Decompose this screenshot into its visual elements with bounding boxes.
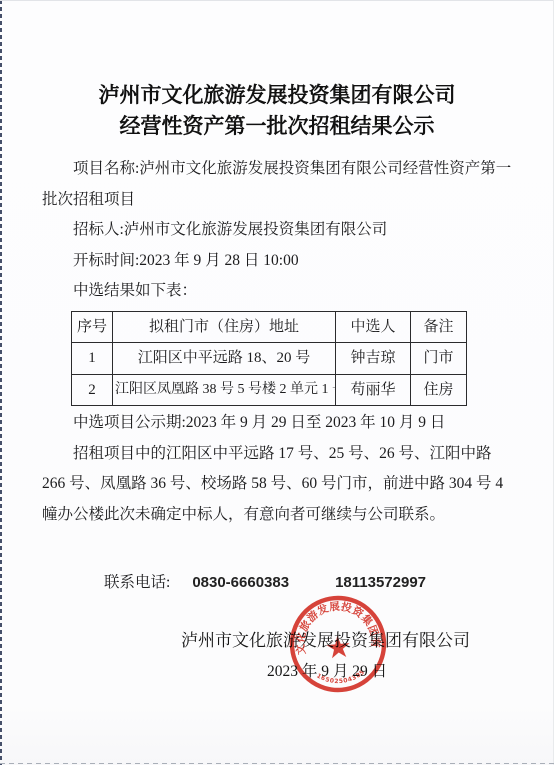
contact-phone-1: 0830-6660383	[192, 574, 289, 591]
paragraph-remaining-properties: 招租项目中的江阳区中平远路 17 号、25 号、26 号、江阳中路 266 号、…	[42, 439, 516, 531]
result-table: 序号 拟租门市（住房）地址 中选人 备注 1 江阳区中平远路 18、20 号 钟…	[71, 311, 467, 407]
table-header-row: 序号 拟租门市（住房）地址 中选人 备注	[72, 311, 467, 343]
scan-edge-bottom	[0, 763, 554, 764]
scan-edge-top	[0, 0, 554, 1]
paragraph-tenderer: 招标人:泸州市文化旅游发展投资集团有限公司	[42, 215, 516, 246]
header-address: 拟租门市（住房）地址	[113, 311, 336, 343]
cell-remark: 住房	[411, 374, 467, 406]
seal-star-icon: ★	[323, 629, 353, 666]
header-winner: 中选人	[336, 311, 411, 343]
title-line-1: 泸州市文化旅游发展投资集团有限公司	[0, 80, 554, 111]
title-line-2: 经营性资产第一批次招租结果公示	[0, 111, 554, 142]
cell-winner: 钟吉琼	[336, 343, 411, 375]
cell-seq-no: 1	[72, 343, 113, 375]
table-row: 1 江阳区中平远路 18、20 号 钟吉琼 门市	[72, 343, 467, 375]
cell-address: 江阳区中平远路 18、20 号	[113, 343, 336, 375]
cell-seq-no: 2	[72, 374, 113, 406]
paragraph-bid-opening-time: 开标时间:2023 年 9 月 28 日 10:00	[42, 246, 516, 277]
paragraph-project-name: 项目名称:泸州市文化旅游发展投资集团有限公司经营性资产第一批次招租项目	[42, 154, 516, 215]
document-body: 项目名称:泸州市文化旅游发展投资集团有限公司经营性资产第一批次招租项目 招标人:…	[42, 154, 516, 530]
scanned-document-page: 泸州市文化旅游发展投资集团有限公司 经营性资产第一批次招租结果公示 项目名称:泸…	[0, 0, 554, 765]
contact-label: 联系电话:	[104, 570, 170, 592]
cell-remark: 门市	[411, 343, 467, 375]
cell-address: 江阳区凤凰路 38 号 5 号楼 2 单元 1 号	[113, 374, 336, 406]
table-row: 2 江阳区凤凰路 38 号 5 号楼 2 单元 1 号 苟丽华 住房	[72, 374, 467, 406]
header-remark: 备注	[411, 311, 467, 343]
document-title: 泸州市文化旅游发展投资集团有限公司 经营性资产第一批次招租结果公示	[0, 80, 554, 142]
official-seal: 泸州市文化旅游发展投资集团有限公司 ★ 5165025043851	[284, 589, 393, 699]
paragraph-publicity-period: 中选项目公示期:2023 年 9 月 29 日至 2023 年 10 月 9 日	[42, 408, 516, 439]
cell-winner: 苟丽华	[336, 374, 411, 406]
paragraph-table-intro: 中选结果如下表：	[42, 276, 516, 307]
header-seq-no: 序号	[72, 311, 113, 343]
